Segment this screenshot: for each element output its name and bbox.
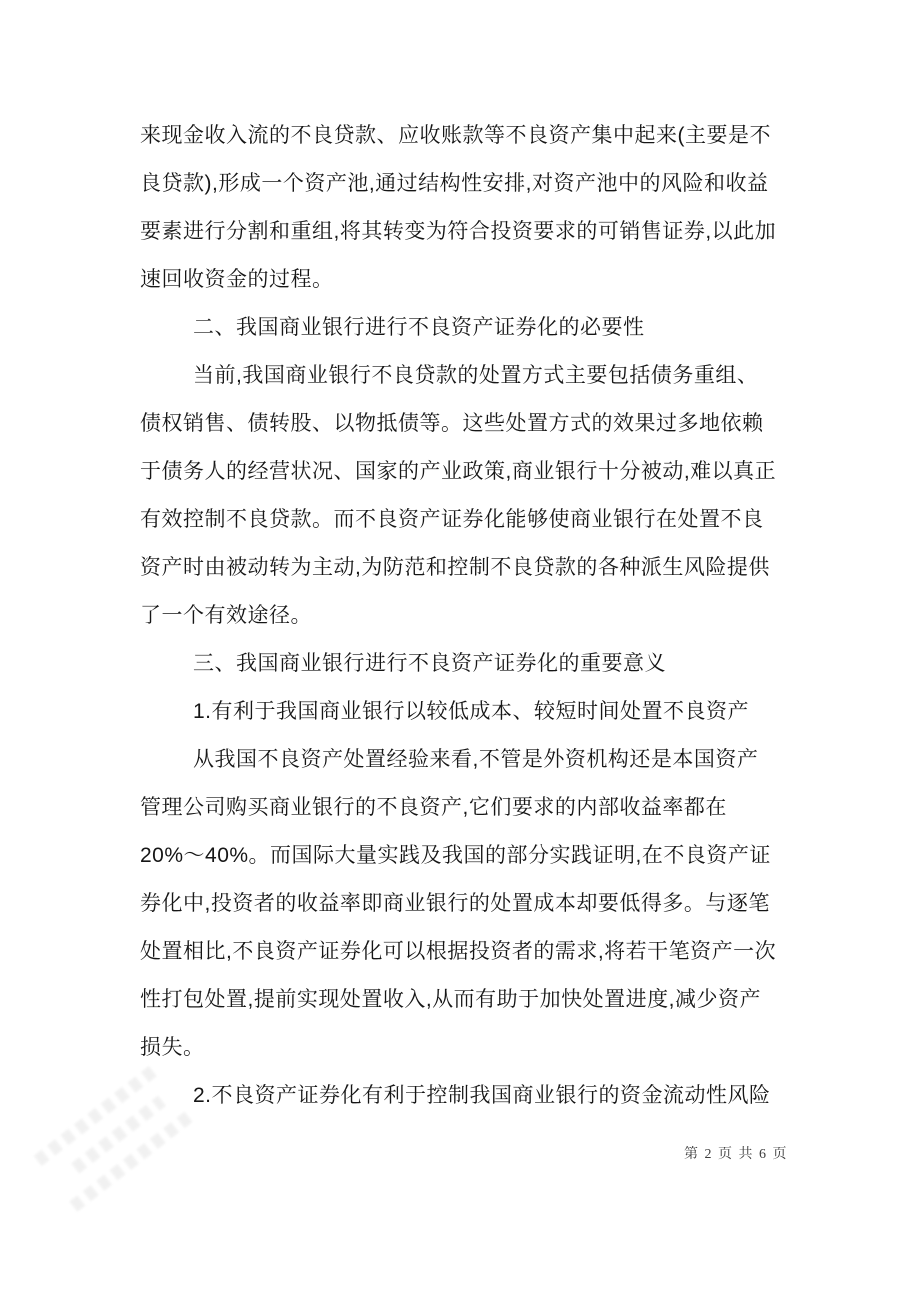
text-line: 三、我国商业银行进行不良资产证券化的重要意义 xyxy=(140,640,800,688)
text-line: 1.有利于我国商业银行以较低成本、较短时间处置不良资产 xyxy=(140,688,800,736)
text-line: 2.不良资产证券化有利于控制我国商业银行的资金流动性风险 xyxy=(140,1072,800,1120)
text-line: 速回收资金的过程。 xyxy=(140,256,800,304)
text-line: 有效控制不良贷款。而不良资产证券化能够使商业银行在处置不良 xyxy=(140,496,800,544)
text-line: 来现金收入流的不良贷款、应收账款等不良资产集中起来(主要是不 xyxy=(140,112,800,160)
text-line: 资产时由被动转为主动,为防范和控制不良贷款的各种派生风险提供 xyxy=(140,544,800,592)
text-line: 券化中,投资者的收益率即商业银行的处置成本却要低得多。与逐笔 xyxy=(140,880,800,928)
text-line: 于债务人的经营状况、国家的产业政策,商业银行十分被动,难以真正 xyxy=(140,448,800,496)
text-line: 处置相比,不良资产证券化可以根据投资者的需求,将若干笔资产一次 xyxy=(140,928,800,976)
text-line: 债权销售、债转股、以物抵债等。这些处置方式的效果过多地依赖 xyxy=(140,400,800,448)
document-body: 来现金收入流的不良贷款、应收账款等不良资产集中起来(主要是不良贷款),形成一个资… xyxy=(140,112,800,1120)
document-page: 来现金收入流的不良贷款、应收账款等不良资产集中起来(主要是不良贷款),形成一个资… xyxy=(0,0,920,1302)
text-line: 良贷款),形成一个资产池,通过结构性安排,对资产池中的风险和收益 xyxy=(140,160,800,208)
text-line: 损失。 xyxy=(140,1024,800,1072)
page-number-footer: 第 2 页 共 6 页 xyxy=(684,1143,788,1163)
text-line: 了一个有效途径。 xyxy=(140,592,800,640)
text-line: 性打包处置,提前实现处置收入,从而有助于加快处置进度,减少资产 xyxy=(140,976,800,1024)
text-line: 从我国不良资产处置经验来看,不管是外资机构还是本国资产 xyxy=(140,736,800,784)
text-line: 管理公司购买商业银行的不良资产,它们要求的内部收益率都在 xyxy=(140,784,800,832)
text-line: 当前,我国商业银行不良贷款的处置方式主要包括债务重组、 xyxy=(140,352,800,400)
text-line: 20%～40%。而国际大量实践及我国的部分实践证明,在不良资产证 xyxy=(140,832,800,880)
watermark-stroke xyxy=(69,1109,195,1212)
text-line: 要素进行分割和重组,将其转变为符合投资要求的可销售证券,以此加 xyxy=(140,208,800,256)
text-line: 二、我国商业银行进行不良资产证券化的必要性 xyxy=(140,304,800,352)
